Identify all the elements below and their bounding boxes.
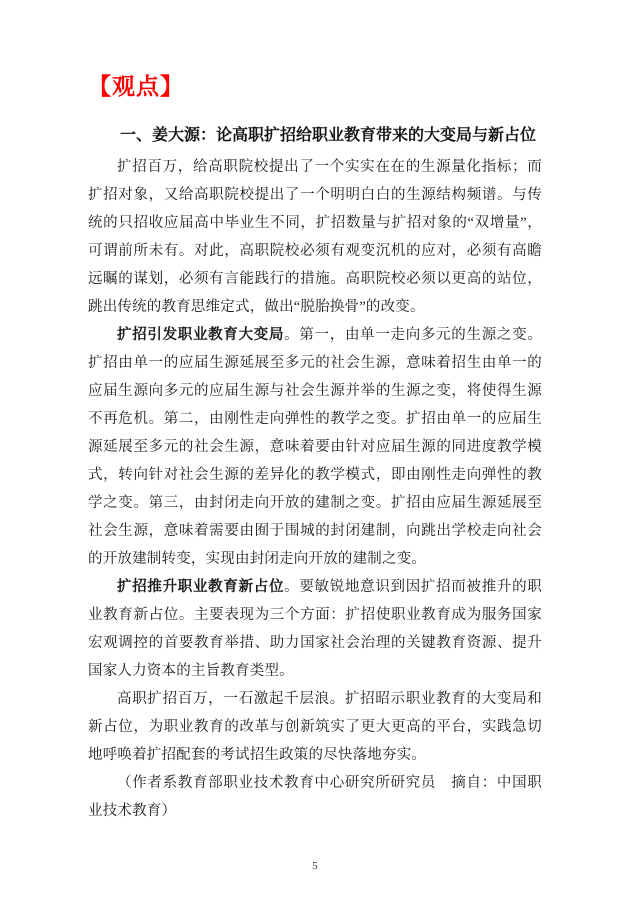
paragraph-4: 高职扩招百万，一石激起千层浪。扩招昭示职业教育的大变局和新占位，为职业教育的改革… <box>88 685 542 769</box>
article-heading: 一、姜大源：论高职扩招给职业教育带来的大变局与新占位 <box>88 121 542 150</box>
paragraph-1-text: 扩招百万，给高职院校提出了一个实实在在的生源量化指标；而扩招对象，又给高职院校提… <box>88 159 542 315</box>
section-header: 【观点】 <box>88 72 542 100</box>
document-page: 【观点】 一、姜大源：论高职扩招给职业教育带来的大变局与新占位 扩招百万，给高职… <box>0 0 630 912</box>
paragraph-5-attribution: （作者系教育部职业技术教育中心研究所研究员 摘自：中国职业技术教育） <box>88 769 542 825</box>
paragraph-2-lead: 扩招引发职业教育大变局 <box>117 327 284 343</box>
paragraph-3-lead: 扩招推升职业教育新占位 <box>117 579 284 595</box>
paragraph-3: 扩招推升职业教育新占位。要敏锐地意识到因扩招而被推升的职业教育新占位。主要表现为… <box>88 573 542 685</box>
paragraph-5-text: （作者系教育部职业技术教育中心研究所研究员 摘自：中国职业技术教育） <box>88 775 542 819</box>
paragraph-2: 扩招引发职业教育大变局。第一，由单一走向多元的生源之变。扩招由单一的应届生源延展… <box>88 321 542 573</box>
paragraph-2-text: 。第一，由单一走向多元的生源之变。扩招由单一的应届生源延展至多元的社会生源，意味… <box>88 327 542 567</box>
paragraph-4-text: 高职扩招百万，一石激起千层浪。扩招昭示职业教育的大变局和新占位，为职业教育的改革… <box>88 691 542 763</box>
paragraph-1: 扩招百万，给高职院校提出了一个实实在在的生源量化指标；而扩招对象，又给高职院校提… <box>88 153 542 321</box>
page-number: 5 <box>0 860 630 872</box>
